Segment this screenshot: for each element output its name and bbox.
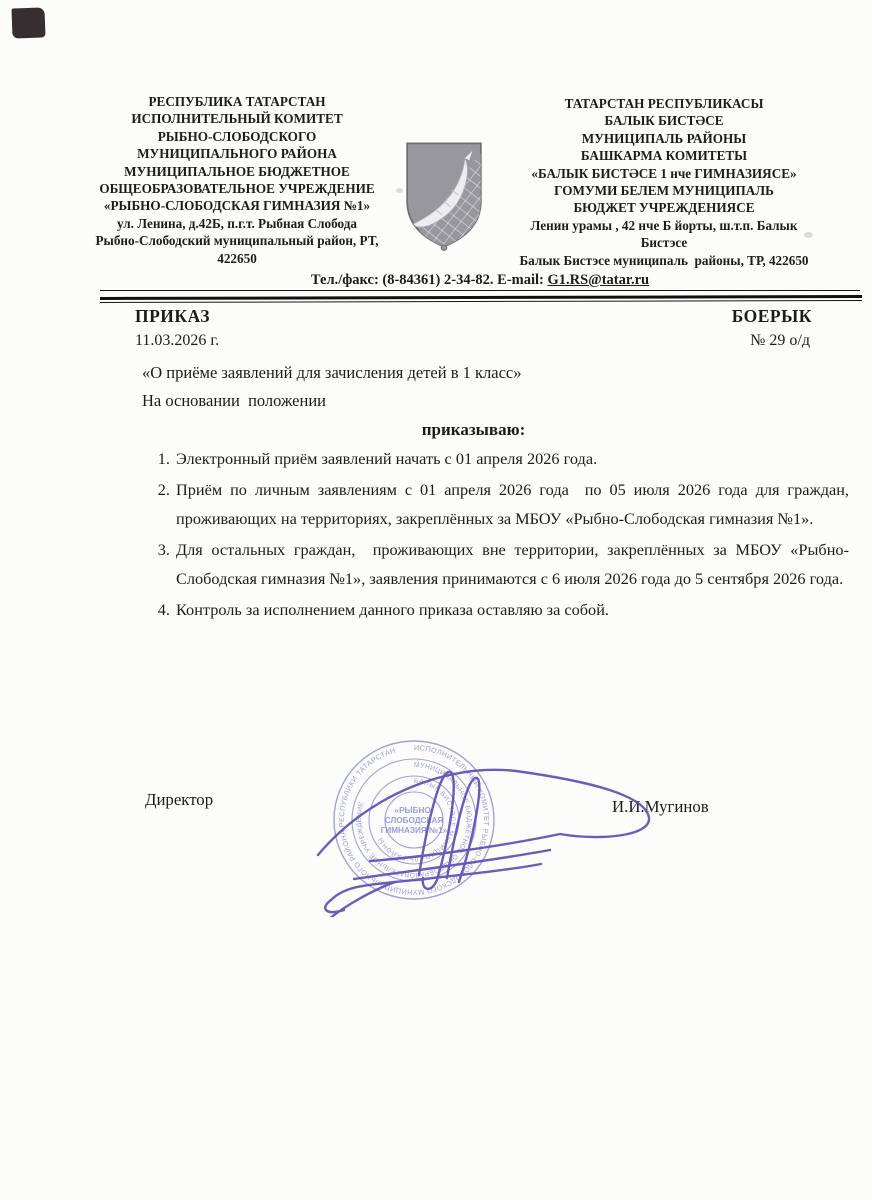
org-address-tt: Ленин урамы , 42 нче Б йорты, ш.т.п. Бал…	[486, 217, 842, 234]
order-basis: На основании положении	[142, 391, 822, 411]
org-address-tt: Балык Бистэсе муниципаль районы, ТР, 422…	[486, 252, 842, 269]
order-title-tt: БОЕРЫК	[732, 306, 812, 327]
org-line: МУНИЦИПАЛЬНОГО РАЙОНА	[76, 145, 398, 162]
order-items-list: Электронный приём заявлений начать с 01 …	[137, 444, 849, 626]
stamp-center-line: «РЫБНО-	[395, 806, 434, 815]
stamp-center-line: СЛОБОДСКАЯ	[385, 816, 444, 825]
order-directive: приказываю:	[135, 420, 812, 440]
email-text: G1.RS@tatar.ru	[548, 272, 650, 288]
phone-fax-text: Тел./факс: (8-84361) 2-34-82. E-mail:	[311, 272, 548, 288]
org-name-tt: «БАЛЫК БИСТӘСЕ 1 нче ГИМНАЗИЯСЕ»	[486, 165, 842, 182]
separator-rule-thin	[100, 300, 862, 303]
org-republic-ru: РЕСПУБЛИКА ТАТАРСТАН	[76, 93, 398, 110]
org-line: МУНИЦИПАЛЬНОЕ БЮДЖЕТНОЕ	[76, 163, 398, 180]
order-item: Электронный приём заявлений начать с 01 …	[174, 444, 849, 473]
order-item: Контроль за исполнением данного приказа …	[174, 595, 849, 624]
separator-rule-thick	[100, 295, 862, 300]
separator-rule-thin	[100, 290, 860, 291]
order-subject: «О приёме заявлений для зачисления детей…	[142, 363, 822, 383]
order-number: № 29 о/д	[750, 332, 810, 350]
org-address-tt: Бистэсе	[486, 234, 842, 251]
org-postcode: 422650	[76, 250, 398, 267]
coat-of-arms-icon	[404, 140, 484, 252]
order-title-ru: ПРИКАЗ	[135, 306, 210, 327]
order-meta-row: 11.03.2026 г. № 29 о/д	[135, 332, 810, 350]
org-line: БАЛЫК БИСТӘСЕ	[486, 112, 842, 129]
order-title-row: ПРИКАЗ БОЕРЫК	[135, 306, 812, 327]
org-line: БЮДЖЕТ УЧРЕЖДЕНИЯСЕ	[486, 199, 842, 216]
org-name-ru: «РЫБНО-СЛОБОДСКАЯ ГИМНАЗИЯ №1»	[76, 197, 398, 214]
order-item: Для остальных граждан, проживающих вне т…	[174, 535, 849, 593]
org-line: ИСПОЛНИТЕЛЬНЫЙ КОМИТЕТ	[76, 110, 398, 127]
signature-position-title: Директор	[145, 790, 213, 810]
stamp-center-line: ГИМНАЗИЯ №1»	[381, 826, 448, 835]
org-line: БАШКАРМА КОМИТЕТЫ	[486, 147, 842, 164]
org-line: ГОМУМИ БЕЛЕМ МУНИЦИПАЛЬ	[486, 182, 842, 199]
letterhead-russian-block: РЕСПУБЛИКА ТАТАРСТАН ИСПОЛНИТЕЛЬНЫЙ КОМИ…	[76, 93, 398, 267]
official-stamp: ИСПОЛНИТЕЛЬНЫЙ КОМИТЕТ РЫБНО-СЛОБОДСКОГО…	[298, 733, 670, 917]
contact-line: Тел./факс: (8-84361) 2-34-82. E-mail: G1…	[100, 272, 860, 289]
org-address-ru: Рыбно-Слободский муниципальный район, РТ…	[76, 232, 398, 249]
letterhead-tatar-block: ТАТАРСТАН РЕСПУБЛИКАСЫ БАЛЫК БИСТӘСЕ МУН…	[486, 95, 842, 269]
org-address-ru: ул. Ленина, д.42Б, п.г.т. Рыбная Слобода	[76, 215, 398, 232]
org-line: РЫБНО-СЛОБОДСКОГО	[76, 128, 398, 145]
scan-corner-artifact	[11, 7, 45, 38]
scanned-order-document: РЕСПУБЛИКА ТАТАРСТАН ИСПОЛНИТЕЛЬНЫЙ КОМИ…	[0, 0, 872, 1200]
org-line: МУНИЦИПАЛЬ РАЙОНЫ	[486, 130, 842, 147]
order-item: Приём по личным заявлениям с 01 апреля 2…	[174, 475, 849, 533]
org-republic-tt: ТАТАРСТАН РЕСПУБЛИКАСЫ	[486, 95, 842, 112]
order-date: 11.03.2026 г.	[135, 332, 219, 350]
org-line: ОБЩЕОБРАЗОВАТЕЛЬНОЕ УЧРЕЖДЕНИЕ	[76, 180, 398, 197]
